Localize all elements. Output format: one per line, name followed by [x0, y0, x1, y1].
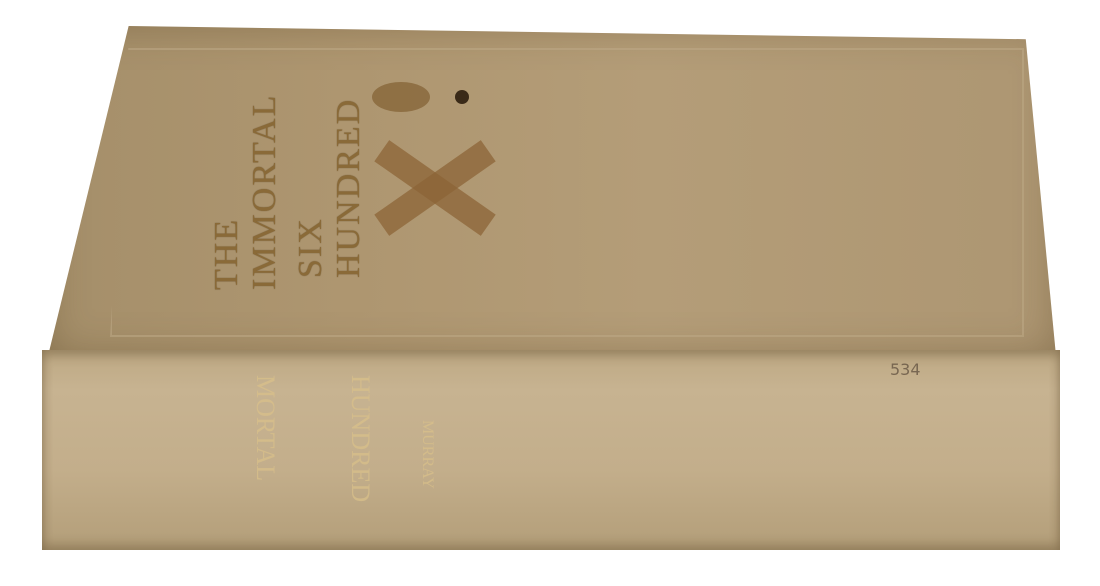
spine-author: MURRAY: [418, 420, 436, 489]
cover-title-line-2: SIX HUNDRED: [292, 78, 368, 278]
spine-handwritten-mark: 534: [890, 360, 921, 379]
cover-stain: [372, 82, 430, 112]
book-photo: THE IMMORTAL SIX HUNDRED MORTAL HUNDRED …: [0, 0, 1100, 586]
cover-x-emblem: [360, 130, 510, 240]
cover-stain-dark: [455, 90, 469, 104]
book-spine: [42, 350, 1060, 550]
spine-title-fragment-1: MORTAL: [250, 375, 280, 481]
spine-title-fragment-2: HUNDRED: [345, 375, 375, 502]
cover-title-line-1: THE IMMORTAL: [208, 80, 284, 290]
